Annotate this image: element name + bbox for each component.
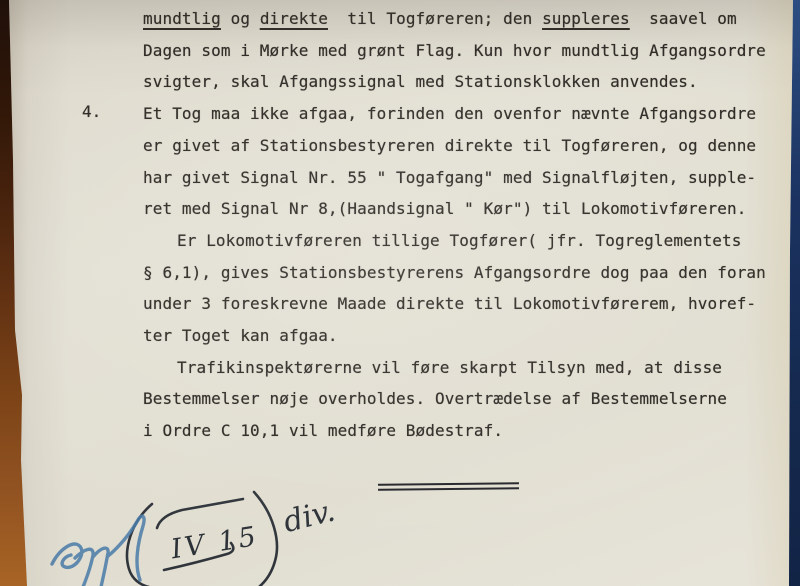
handwritten-suffix-text: div. <box>280 493 339 539</box>
text-line: Er Lokomotivføreren tillige Togfører( jf… <box>143 225 783 257</box>
text-segment: Er Lokomotivføreren tillige Togfører( jf… <box>177 231 742 250</box>
underlined-text-segment: direkte <box>260 9 328 28</box>
text-segment: saavel om <box>630 9 737 28</box>
text-line: er givet af Stationsbestyreren direkte t… <box>143 130 783 162</box>
closing-double-rule <box>378 482 519 490</box>
text-segment: ret med Signal Nr 8,(Haandsignal " Kør")… <box>143 199 746 218</box>
typewritten-text-block: mundtlig og direkte til Togføreren; den … <box>143 3 783 447</box>
photo-of-document: 4. mundtlig og direkte til Togføreren; d… <box>0 0 800 586</box>
handwritten-note-text: IV 15 <box>168 521 261 566</box>
text-line: i Ordre C 10,1 vil medføre Bødestraf. <box>143 415 783 447</box>
text-segment: har givet Signal Nr. 55 " Togafgang" med… <box>143 168 756 187</box>
underlined-text-segment: suppleres <box>542 9 630 28</box>
text-segment: Bestemmelser nøje overholdes. Overtrædel… <box>143 389 727 408</box>
text-line: Dagen som i Mørke med grønt Flag. Kun hv… <box>143 35 783 67</box>
text-line: Trafikinspektørerne vil føre skarpt Tils… <box>143 352 783 384</box>
text-line: § 6,1), gives Stationsbestyrerens Afgang… <box>143 257 783 289</box>
document-page: 4. mundtlig og direkte til Togføreren; d… <box>0 0 800 586</box>
text-segment: svigter, skal Afgangssignal med Stations… <box>143 72 698 91</box>
text-line: mundtlig og direkte til Togføreren; den … <box>143 3 783 35</box>
text-line: ter Toget kan afgaa. <box>143 320 783 352</box>
text-line: Bestemmelser nøje overholdes. Overtrædel… <box>143 383 783 415</box>
text-segment: i Ordre C 10,1 vil medføre Bødestraf. <box>143 421 503 440</box>
text-segment: til Togføreren; den <box>328 9 542 28</box>
text-segment: Et Tog maa ikke afgaa, forinden den oven… <box>143 104 756 123</box>
top-bar-stroke <box>157 499 243 528</box>
text-segment: er givet af Stationsbestyreren direkte t… <box>143 136 756 155</box>
text-segment: og <box>221 9 260 28</box>
list-item-number: 4. <box>82 102 101 121</box>
text-segment: Dagen som i Mørke med grønt Flag. Kun hv… <box>143 41 766 60</box>
underlined-text-segment: mundtlig <box>143 9 221 28</box>
text-line: svigter, skal Afgangssignal med Stations… <box>143 66 783 98</box>
text-segment: under 3 foreskrevne Maade direkte til Lo… <box>143 294 756 313</box>
text-line: har givet Signal Nr. 55 " Togafgang" med… <box>143 162 783 194</box>
text-line: under 3 foreskrevne Maade direkte til Lo… <box>143 288 783 320</box>
handwritten-annotation: IV 15 div. <box>30 460 370 586</box>
text-segment: § 6,1), gives Stationsbestyrerens Afgang… <box>143 263 766 282</box>
blue-signature-scribble <box>52 516 144 586</box>
text-segment: ter Toget kan afgaa. <box>143 326 338 345</box>
text-line: Et Tog maa ikke afgaa, forinden den oven… <box>143 98 783 130</box>
text-line: ret med Signal Nr 8,(Haandsignal " Kør")… <box>143 193 783 225</box>
text-segment: Trafikinspektørerne vil føre skarpt Tils… <box>177 358 722 377</box>
